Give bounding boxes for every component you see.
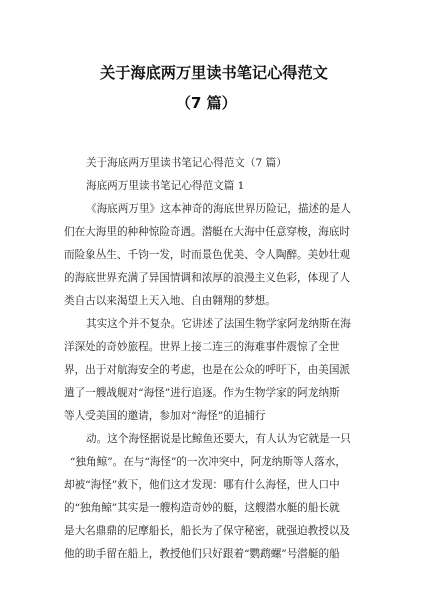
- paragraph-line: 等人受美国的邀请，参加对“海怪”的追捕行: [64, 405, 364, 428]
- paragraph-line: 《海底两万里》这本神奇的海底世界历险记，描述的是人: [64, 198, 364, 221]
- document-title: 关于海底两万里读书笔记心得范文: [100, 62, 370, 83]
- paragraph-line: 动。这个海怪据说是比鲸鱼还要大，有人认为它就是一只: [64, 428, 364, 451]
- paragraph-line: 而险象丛生、千钧一发，时而景色优美、令人陶醉。美妙壮观: [64, 244, 364, 267]
- document-title-subtitle: （7 篇）: [176, 92, 256, 113]
- paragraph-line: “独角鲸”。在与“海怪”的一次冲突中，阿龙纳斯等人落水，: [64, 451, 364, 474]
- paragraph-line: 们在大海里的种种惊险奇遇。潜艇在大海中任意穿梭，海底时: [64, 221, 364, 244]
- section-subheading: 海底两万里读书笔记心得范文篇 1: [64, 175, 364, 198]
- paragraph-line: 遣了一艘战舰对“海怪”进行追逐。作为生物学家的阿龙纳斯: [64, 382, 364, 405]
- document-body: 关于海底两万里读书笔记心得范文（7 篇） 海底两万里读书笔记心得范文篇 1 《海…: [64, 152, 364, 566]
- document-page: 关于海底两万里读书笔记心得范文 （7 篇） 关于海底两万里读书笔记心得范文（7 …: [0, 0, 424, 600]
- paragraph-line: 的“独角鲸”其实是一艘构造奇妙的艇，这艘潜水艇的船长就: [64, 497, 364, 520]
- paragraph-line: 界，出于对航海安全的考虑，也是在公众的呼吁下，由美国派: [64, 359, 364, 382]
- paragraph-line: 他的助手留在船上，教授他们只好跟着“鹦鹉螺”号潜艇的船: [64, 543, 364, 566]
- paragraph-line: 类自古以来渴望上天入地、自由翱翔的梦想。: [64, 290, 364, 313]
- paragraph-line: 其实这个并不复杂。它讲述了法国生物学家阿龙纳斯在海: [64, 313, 364, 336]
- paragraph-line: 却被“海怪”救下，他们这才发现：哪有什么海怪，世人口中: [64, 474, 364, 497]
- paragraph-line: 是大名鼎鼎的尼摩船长，船长为了保守秘密，就强迫教授以及: [64, 520, 364, 543]
- section-heading: 关于海底两万里读书笔记心得范文（7 篇）: [64, 152, 364, 175]
- paragraph-line: 的海底世界充满了异国情调和浓厚的浪漫主义色彩，体现了人: [64, 267, 364, 290]
- paragraph-line: 洋深处的奇妙旅程。世界上接二连三的海难事件震惊了全世: [64, 336, 364, 359]
